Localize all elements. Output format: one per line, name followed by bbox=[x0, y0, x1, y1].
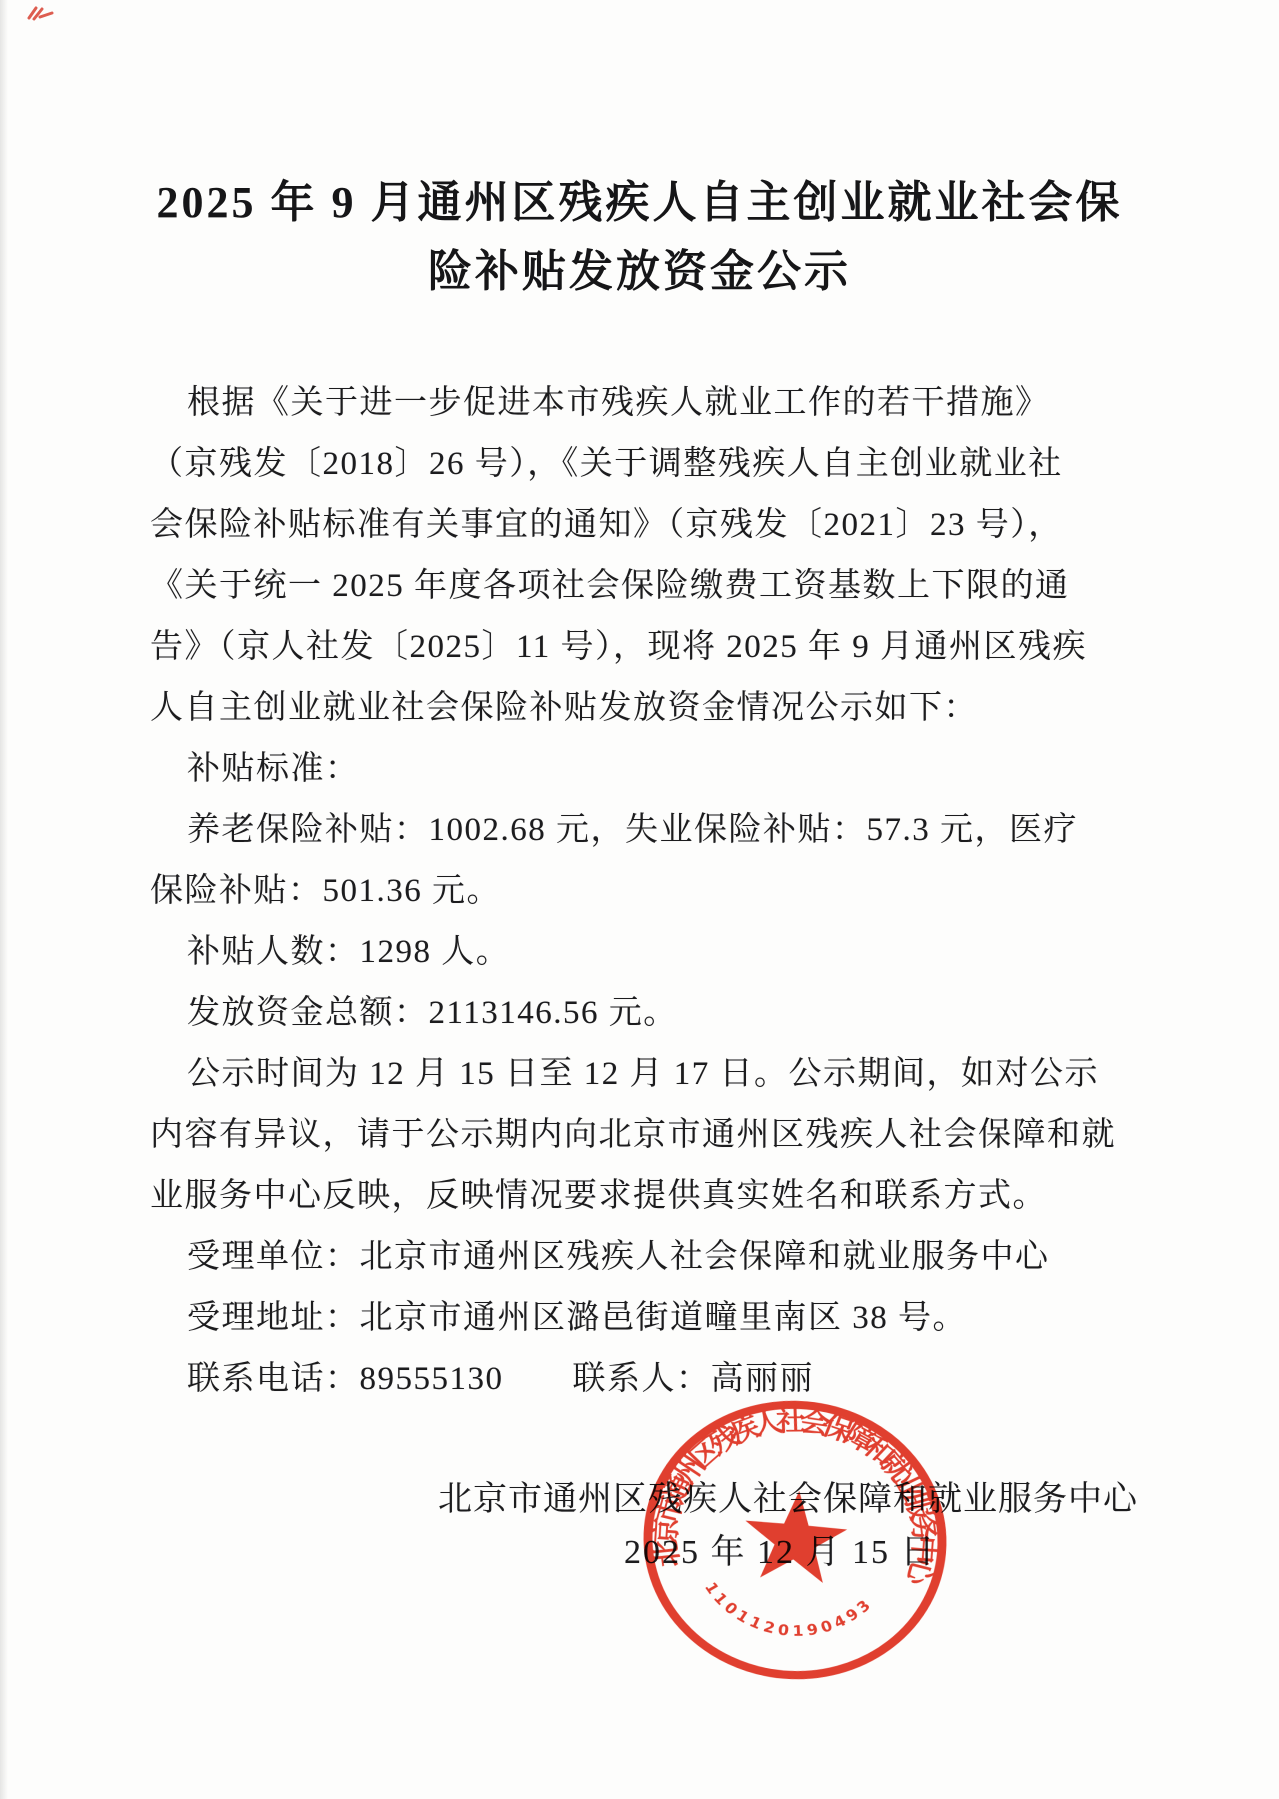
document-body: 根据《关于进一步促进本市残疾人就业工作的若干措施》 （京残发〔2018〕26 号… bbox=[150, 373, 1156, 1410]
body-line: 发放资金总额：2113146.56 元。 bbox=[150, 983, 1156, 1044]
seal-number: 1101120190493 bbox=[697, 1578, 875, 1647]
body-line: 养老保险补贴：1002.68 元，失业保险补贴：57.3 元，医疗 bbox=[150, 800, 1156, 861]
body-line: 补贴人数：1298 人。 bbox=[150, 922, 1156, 983]
body-line: 公示时间为 12 月 15 日至 12 月 17 日。公示期间，如对公示 bbox=[150, 1044, 1156, 1105]
red-corner-mark bbox=[26, 4, 58, 24]
official-seal-stamp: 北京市通州区残疾人社会保障和就业服务中心 1101120190493 bbox=[624, 1381, 966, 1700]
body-line: 会保险补贴标准有关事宜的通知》（京残发〔2021〕23 号）， bbox=[150, 495, 1156, 556]
body-line: 受理地址：北京市通州区潞邑街道疃里南区 38 号。 bbox=[150, 1288, 1156, 1349]
body-line: 业服务中心反映，反映情况要求提供真实姓名和联系方式。 bbox=[150, 1166, 1156, 1227]
body-line: 内容有异议，请于公示期内向北京市通州区残疾人社会保障和就 bbox=[150, 1105, 1156, 1166]
body-line: 告》（京人社发〔2025〕11 号），现将 2025 年 9 月通州区残疾 bbox=[150, 617, 1156, 678]
body-line: 保险补贴：501.36 元。 bbox=[150, 861, 1156, 922]
body-line: 《关于统一 2025 年度各项社会保险缴费工资基数上下限的通 bbox=[150, 556, 1156, 617]
body-line: 根据《关于进一步促进本市残疾人就业工作的若干措施》 bbox=[150, 373, 1156, 434]
title-line-1: 2025 年 9 月通州区残疾人自主创业就业社会保 bbox=[0, 168, 1279, 237]
title-line-2: 险补贴发放资金公示 bbox=[0, 237, 1279, 306]
document-title: 2025 年 9 月通州区残疾人自主创业就业社会保 险补贴发放资金公示 bbox=[0, 168, 1279, 306]
document-page: 2025 年 9 月通州区残疾人自主创业就业社会保 险补贴发放资金公示 根据《关… bbox=[0, 0, 1279, 1799]
seal-star bbox=[741, 1486, 851, 1584]
body-line: 补贴标准： bbox=[150, 739, 1156, 800]
body-line: （京残发〔2018〕26 号），《关于调整残疾人自主创业就业社 bbox=[150, 434, 1156, 495]
body-line: 受理单位：北京市通州区残疾人社会保障和就业服务中心 bbox=[150, 1227, 1156, 1288]
body-line: 人自主创业就业社会保险补贴发放资金情况公示如下： bbox=[150, 678, 1156, 739]
